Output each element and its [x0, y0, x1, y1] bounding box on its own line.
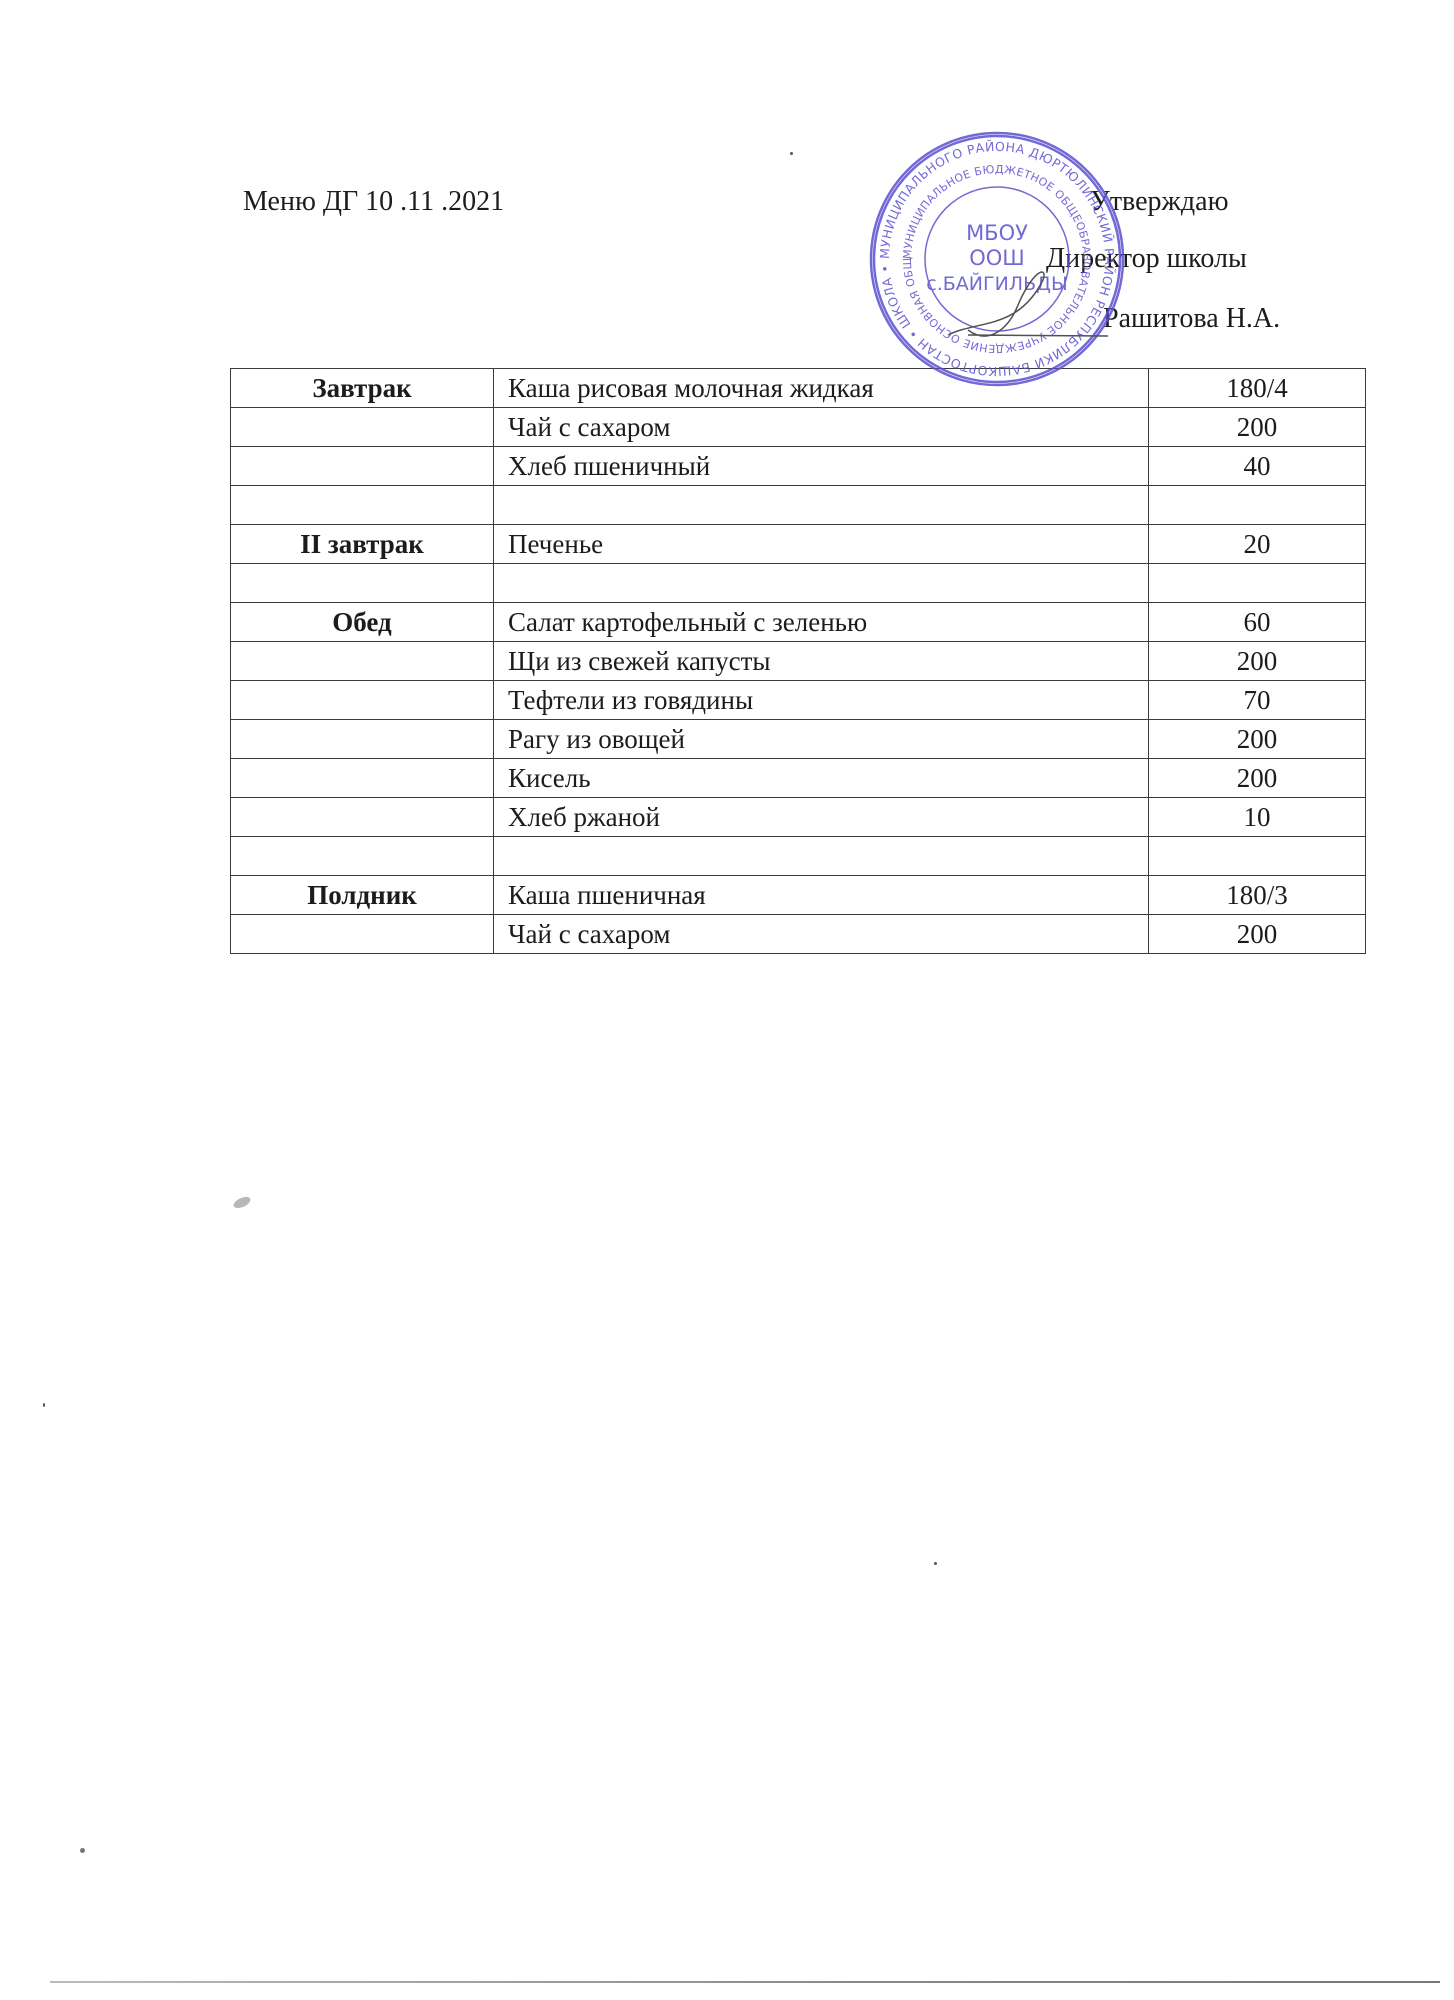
portion-cell: 200	[1149, 915, 1366, 954]
meal-cell	[231, 915, 494, 954]
dish-cell: Щи из свежей капусты	[494, 642, 1149, 681]
portion-cell: 60	[1149, 603, 1366, 642]
table-row: Хлеб ржаной10	[231, 798, 1366, 837]
table-row: ПолдникКаша пшеничная180/3	[231, 876, 1366, 915]
table-row: Чай с сахаром200	[231, 408, 1366, 447]
scan-speck	[790, 152, 793, 155]
approver-name: Рашитова Н.А.	[1103, 303, 1280, 335]
dish-cell: Тефтели из говядины	[494, 681, 1149, 720]
portion-cell: 40	[1149, 447, 1366, 486]
dish-cell	[494, 564, 1149, 603]
meal-cell: II завтрак	[231, 525, 494, 564]
portion-cell: 200	[1149, 408, 1366, 447]
school-stamp-icon: МУНИЦИПАЛЬНОГО РАЙОНА ДЮРТЮЛИНСКИЙ РАЙОН…	[868, 130, 1126, 388]
dish-cell	[494, 486, 1149, 525]
table-row: Кисель200	[231, 759, 1366, 798]
dish-cell: Салат картофельный с зеленью	[494, 603, 1149, 642]
meal-cell	[231, 447, 494, 486]
document-title: Меню ДГ 10 .11 .2021	[243, 186, 504, 218]
portion-cell: 180/3	[1149, 876, 1366, 915]
portion-cell	[1149, 486, 1366, 525]
dish-cell: Чай с сахаром	[494, 915, 1149, 954]
svg-text:ООШ: ООШ	[969, 246, 1025, 270]
portion-cell: 200	[1149, 759, 1366, 798]
scan-speck	[43, 1403, 45, 1407]
dish-cell: Печенье	[494, 525, 1149, 564]
portion-cell: 200	[1149, 642, 1366, 681]
table-row: Тефтели из говядины70	[231, 681, 1366, 720]
portion-cell	[1149, 564, 1366, 603]
dish-cell: Хлеб пшеничный	[494, 447, 1149, 486]
portion-cell: 200	[1149, 720, 1366, 759]
scan-speck	[80, 1848, 85, 1853]
portion-cell: 180/4	[1149, 369, 1366, 408]
scan-speck	[934, 1562, 937, 1565]
page-bottom-edge	[50, 1981, 1440, 1983]
menu-table: ЗавтракКаша рисовая молочная жидкая180/4…	[230, 368, 1366, 954]
svg-text:с.БАЙГИЛЬДЫ: с.БАЙГИЛЬДЫ	[926, 272, 1067, 295]
table-row	[231, 564, 1366, 603]
dish-cell: Кисель	[494, 759, 1149, 798]
meal-cell: Полдник	[231, 876, 494, 915]
portion-cell: 20	[1149, 525, 1366, 564]
dish-cell: Чай с сахаром	[494, 408, 1149, 447]
table-row	[231, 837, 1366, 876]
dish-cell: Хлеб ржаной	[494, 798, 1149, 837]
table-row: II завтракПеченье20	[231, 525, 1366, 564]
table-row: ЗавтракКаша рисовая молочная жидкая180/4	[231, 369, 1366, 408]
dish-cell	[494, 837, 1149, 876]
meal-cell	[231, 642, 494, 681]
meal-cell: Завтрак	[231, 369, 494, 408]
svg-text:МБОУ: МБОУ	[966, 221, 1028, 245]
portion-cell: 10	[1149, 798, 1366, 837]
dish-cell: Каша пшеничная	[494, 876, 1149, 915]
meal-cell	[231, 564, 494, 603]
table-row: ОбедСалат картофельный с зеленью60	[231, 603, 1366, 642]
table-row: Хлеб пшеничный40	[231, 447, 1366, 486]
meal-cell	[231, 759, 494, 798]
portion-cell: 70	[1149, 681, 1366, 720]
meal-cell	[231, 486, 494, 525]
table-row: Щи из свежей капусты200	[231, 642, 1366, 681]
table-row: Рагу из овощей200	[231, 720, 1366, 759]
meal-cell	[231, 720, 494, 759]
scan-smudge	[232, 1195, 252, 1211]
meal-cell	[231, 408, 494, 447]
meal-cell	[231, 837, 494, 876]
meal-cell	[231, 798, 494, 837]
table-row	[231, 486, 1366, 525]
dish-cell: Рагу из овощей	[494, 720, 1149, 759]
meal-cell	[231, 681, 494, 720]
meal-cell: Обед	[231, 603, 494, 642]
portion-cell	[1149, 837, 1366, 876]
table-row: Чай с сахаром200	[231, 915, 1366, 954]
